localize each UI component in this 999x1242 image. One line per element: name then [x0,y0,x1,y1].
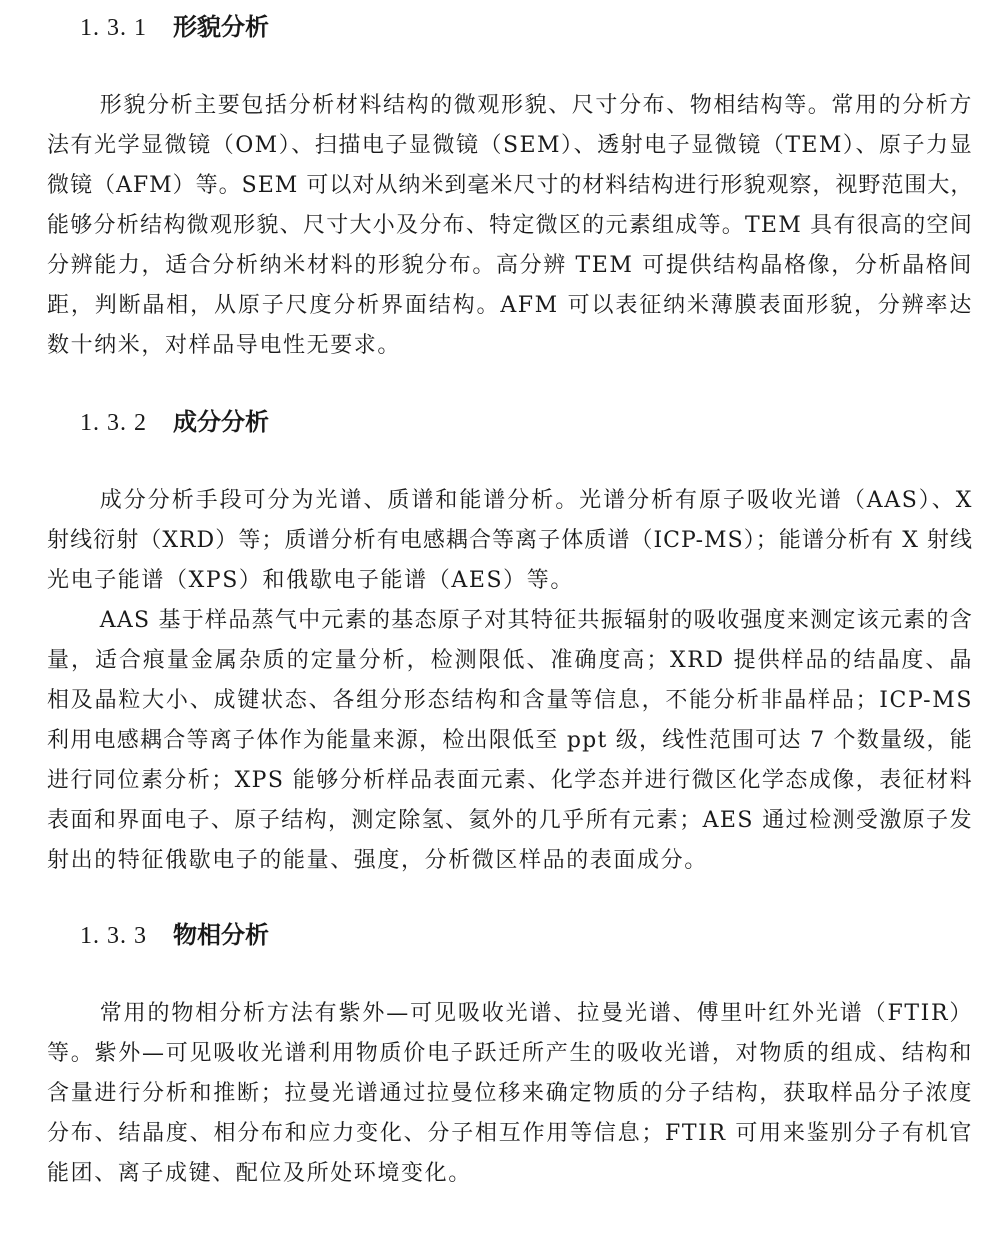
text-line: 相及晶粒大小、成键状态、各组分形态结构和含量等信息，不能分析非晶样品；ICP-M… [47,681,973,721]
section-number: 1. 3. 1 [80,15,147,41]
text-line: 形貌分析主要包括分析材料结构的微观形貌、尺寸分布、物相结构等。常用的分析方 [47,86,973,126]
text-line: 利用电感耦合等离子体作为能量来源，检出限低至 ppt 级，线性范围可达 7 个数… [47,721,973,761]
section-heading-1-3-1: 1. 3. 1形貌分析 [80,12,269,43]
text-line: 射线衍射（XRD）等；质谱分析有电感耦合等离子体质谱（ICP-MS）；能谱分析有… [47,521,973,561]
text-line: 能够分析结构微观形貌、尺寸大小及分布、特定微区的元素组成等。TEM 具有很高的空… [47,206,973,246]
text-line: 量，适合痕量金属杂质的定量分析，检测限低、准确度高；XRD 提供样品的结晶度、晶 [47,641,973,681]
section-title: 物相分析 [173,921,269,949]
text-line: 微镜（AFM）等。SEM 可以对从纳米到毫米尺寸的材料结构进行形貌观察，视野范围… [47,166,973,206]
section-heading-1-3-3: 1. 3. 3物相分析 [80,920,269,951]
section-number: 1. 3. 2 [80,410,147,436]
section-number: 1. 3. 3 [80,923,147,949]
text-line: 常用的物相分析方法有紫外—可见吸收光谱、拉曼光谱、傅里叶红外光谱（FTIR） [47,994,973,1034]
text-line: 进行同位素分析；XPS 能够分析样品表面元素、化学态并进行微区化学态成像，表征材… [47,761,973,801]
paragraph-phase-analysis: 常用的物相分析方法有紫外—可见吸收光谱、拉曼光谱、傅里叶红外光谱（FTIR） 等… [47,994,973,1194]
paragraph-composition-intro: 成分分析手段可分为光谱、质谱和能谱分析。光谱分析有原子吸收光谱（AAS）、X 射… [47,481,973,601]
paragraph-morphology: 形貌分析主要包括分析材料结构的微观形貌、尺寸分布、物相结构等。常用的分析方 法有… [47,86,973,366]
section-title: 成分分析 [173,408,269,436]
text-line: 法有光学显微镜（OM）、扫描电子显微镜（SEM）、透射电子显微镜（TEM）、原子… [47,126,973,166]
text-line: 光电子能谱（XPS）和俄歇电子能谱（AES）等。 [47,561,973,601]
text-line: 距，判断晶相，从原子尺度分析界面结构。AFM 可以表征纳米薄膜表面形貌，分辨率达 [47,286,973,326]
text-line: 数十纳米，对样品导电性无要求。 [47,326,973,366]
text-line: 射出的特征俄歇电子的能量、强度，分析微区样品的表面成分。 [47,841,973,881]
section-title: 形貌分析 [173,13,269,41]
paragraph-composition-methods: AAS 基于样品蒸气中元素的基态原子对其特征共振辐射的吸收强度来测定该元素的含 … [47,601,973,881]
text-line: 等。紫外—可见吸收光谱利用物质价电子跃迁所产生的吸收光谱，对物质的组成、结构和 [47,1034,973,1074]
text-line: 含量进行分析和推断；拉曼光谱通过拉曼位移来确定物质的分子结构，获取样品分子浓度 [47,1074,973,1114]
text-line: 分辨能力，适合分析纳米材料的形貌分布。高分辨 TEM 可提供结构晶格像，分析晶格… [47,246,973,286]
text-line: 能团、离子成键、配位及所处环境变化。 [47,1154,973,1194]
text-line: 表面和界面电子、原子结构，测定除氢、氦外的几乎所有元素；AES 通过检测受激原子… [47,801,973,841]
text-line: AAS 基于样品蒸气中元素的基态原子对其特征共振辐射的吸收强度来测定该元素的含 [47,601,973,641]
text-line: 成分分析手段可分为光谱、质谱和能谱分析。光谱分析有原子吸收光谱（AAS）、X [47,481,973,521]
text-line: 分布、结晶度、相分布和应力变化、分子相互作用等信息；FTIR 可用来鉴别分子有机… [47,1114,973,1154]
section-heading-1-3-2: 1. 3. 2成分分析 [80,407,269,438]
